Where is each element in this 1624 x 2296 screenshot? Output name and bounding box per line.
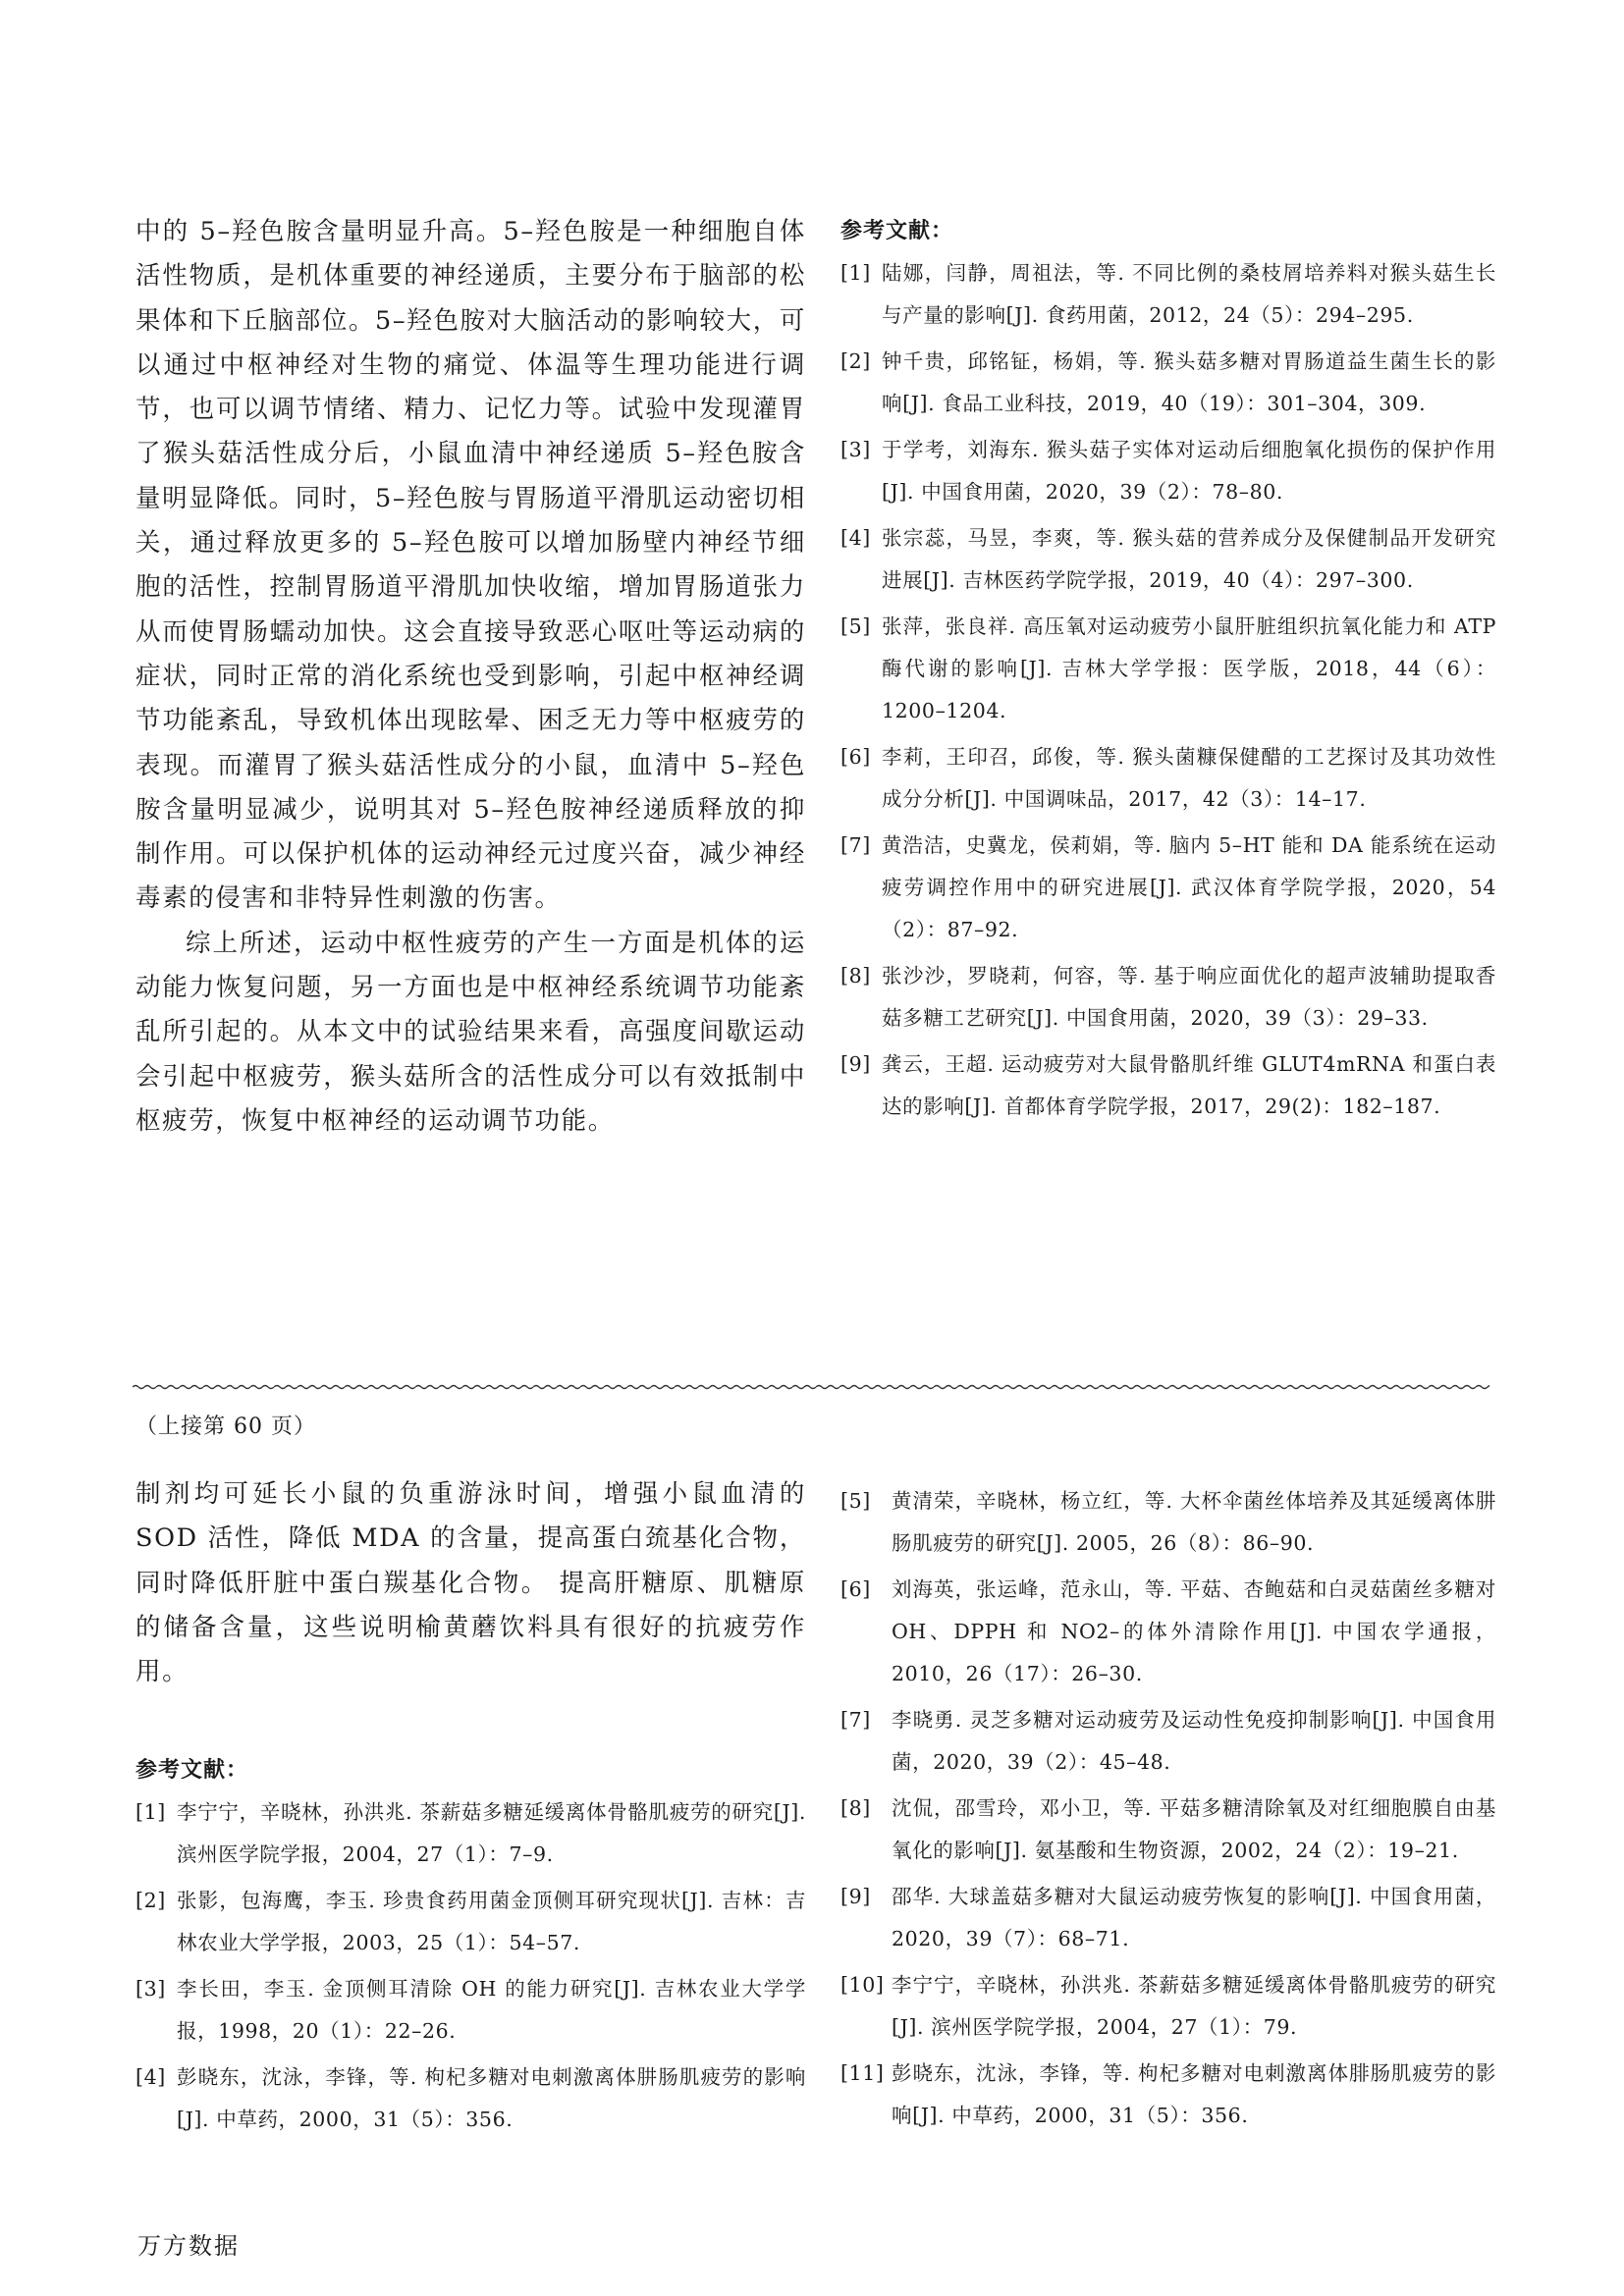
reference-number: [9] xyxy=(840,1043,871,1086)
body-paragraph: 制剂均可延长小鼠的负重游泳时间，增强小鼠血清的 SOD 活性，降低 MDA 的含… xyxy=(135,1472,806,1694)
wavy-section-divider xyxy=(133,1378,1489,1392)
bottom-right-references: [5]黄清荣，辛晓林，杨立红，等. 大杯伞菌丝体培养及其延缓离体肼肠肌疲劳的研究… xyxy=(840,1480,1496,2141)
wanfang-watermark: 万方数据 xyxy=(137,2226,240,2261)
reference-item: [3]李长田，李玉. 金顶侧耳清除 OH 的能力研究[J]. 吉林农业大学学报，… xyxy=(135,1968,806,2053)
reference-number: [7] xyxy=(840,1699,871,1741)
reference-text: 彭晓东，沈泳，李锋，等. 枸杞多糖对电刺激离体肼肠肌疲劳的影响[J]. 中草药，… xyxy=(177,2065,806,2131)
reference-text: 于学考，刘海东. 猴头菇子实体对运动后细胞氧化损伤的保护作用[J]. 中国食用菌… xyxy=(882,438,1496,504)
reference-text: 黄浩洁，史冀龙，侯莉娟，等. 脑内 5–HT 能和 DA 能系统在运动疲劳调控作… xyxy=(882,833,1496,941)
reference-text: 彭晓东，沈泳，李锋，等. 枸杞多糖对电刺激离体腓肠肌疲劳的影响[J]. 中草药，… xyxy=(892,2061,1496,2127)
references-heading: 参考文献： xyxy=(135,1753,806,1784)
reference-text: 刘海英，张运峰，范永山，等. 平菇、杏鲍菇和白灵菇菌丝多糖对 OH、DPPH 和… xyxy=(892,1577,1496,1685)
reference-number: [11] xyxy=(840,2053,884,2095)
reference-text: 黄清荣，辛晓林，杨立红，等. 大杯伞菌丝体培养及其延缓离体肼肠肌疲劳的研究[J]… xyxy=(892,1489,1496,1555)
references-heading: 参考文献： xyxy=(840,214,1496,244)
reference-number: [6] xyxy=(840,1569,871,1611)
reference-number: [1] xyxy=(840,252,871,294)
bottom-left-column: 制剂均可延长小鼠的负重游泳时间，增强小鼠血清的 SOD 活性，降低 MDA 的含… xyxy=(135,1472,806,2145)
reference-item: [3]于学考，刘海东. 猴头菇子实体对运动后细胞氧化损伤的保护作用[J]. 中国… xyxy=(840,429,1496,513)
reference-item: [5]黄清荣，辛晓林，杨立红，等. 大杯伞菌丝体培养及其延缓离体肼肠肌疲劳的研究… xyxy=(840,1480,1496,1565)
body-paragraph: 中的 5–羟色胺含量明显升高。5–羟色胺是一种细胞自体活性物质，是机体重要的神经… xyxy=(135,210,806,922)
reference-number: [4] xyxy=(840,517,871,560)
reference-number: [6] xyxy=(840,736,871,778)
reference-number: [10] xyxy=(840,1964,884,2006)
reference-item: [4]张宗蕊，马昱，李爽，等. 猴头菇的营养成分及保健制品开发研究进展[J]. … xyxy=(840,517,1496,602)
conclusion-paragraph: 综上所述，运动中枢性疲劳的产生一方面是机体的运动能力恢复问题，另一方面也是中枢神… xyxy=(135,922,806,1144)
reference-number: [3] xyxy=(135,1968,166,2010)
reference-item: [2]钟千贵，邱铭钲，杨娟，等. 猴头菇多糖对胃肠道益生菌生长的影响[J]. 食… xyxy=(840,341,1496,425)
reference-item: [1]陆娜，闫静，周祖法，等. 不同比例的桑枝屑培养料对猴头菇生长与产量的影响[… xyxy=(840,252,1496,337)
reference-item: [4]彭晓东，沈泳，李锋，等. 枸杞多糖对电刺激离体肼肠肌疲劳的影响[J]. 中… xyxy=(135,2056,806,2141)
reference-text: 钟千贵，邱铭钲，杨娟，等. 猴头菇多糖对胃肠道益生菌生长的影响[J]. 食品工业… xyxy=(882,349,1496,415)
reference-text: 李宁宁，辛晓林，孙洪兆. 茶薪菇多糖延缓离体骨骼肌疲劳的研究[J]. 滨州医学院… xyxy=(177,1800,806,1866)
reference-item: [8]沈侃，邵雪玲，邓小卫，等. 平菇多糖清除氧及对红细胞膜自由基氧化的影响[J… xyxy=(840,1788,1496,1872)
reference-text: 龚云，王超. 运动疲劳对大鼠骨骼肌纤维 GLUT4mRNA 和蛋白表达的影响[J… xyxy=(882,1052,1496,1118)
reference-item: [9]龚云，王超. 运动疲劳对大鼠骨骼肌纤维 GLUT4mRNA 和蛋白表达的影… xyxy=(840,1043,1496,1128)
continued-from-note: （上接第 60 页） xyxy=(135,1410,316,1440)
reference-number: [5] xyxy=(840,1480,871,1522)
top-right-references: 参考文献： [1]陆娜，闫静，周祖法，等. 不同比例的桑枝屑培养料对猴头菇生长与… xyxy=(840,214,1496,1132)
reference-item: [7]黄浩洁，史冀龙，侯莉娟，等. 脑内 5–HT 能和 DA 能系统在运动疲劳… xyxy=(840,825,1496,951)
reference-item: [6]刘海英，张运峰，范永山，等. 平菇、杏鲍菇和白灵菇菌丝多糖对 OH、DPP… xyxy=(840,1569,1496,1695)
reference-number: [9] xyxy=(840,1876,871,1918)
reference-number: [5] xyxy=(840,606,871,648)
reference-text: 陆娜，闫静，周祖法，等. 不同比例的桑枝屑培养料对猴头菇生长与产量的影响[J].… xyxy=(882,261,1496,327)
reference-text: 李莉，王印召，邱俊，等. 猴头菌糠保健醋的工艺探讨及其功效性成分分析[J]. 中… xyxy=(882,745,1496,811)
reference-item: [11]彭晓东，沈泳，李锋，等. 枸杞多糖对电刺激离体腓肠肌疲劳的影响[J]. … xyxy=(840,2053,1496,2137)
reference-item: [6]李莉，王印召，邱俊，等. 猴头菌糠保健醋的工艺探讨及其功效性成分分析[J]… xyxy=(840,736,1496,821)
reference-number: [8] xyxy=(840,955,871,997)
reference-item: [5]张萍，张良祥. 高压氧对运动疲劳小鼠肝脏组织抗氧化能力和 ATP 酶代谢的… xyxy=(840,606,1496,732)
reference-number: [3] xyxy=(840,429,871,471)
reference-item: [1]李宁宁，辛晓林，孙洪兆. 茶薪菇多糖延缓离体骨骼肌疲劳的研究[J]. 滨州… xyxy=(135,1791,806,1876)
reference-item: [10]李宁宁，辛晓林，孙洪兆. 茶薪菇多糖延缓离体骨骼肌疲劳的研究[J]. 滨… xyxy=(840,1964,1496,2049)
reference-text: 张宗蕊，马昱，李爽，等. 猴头菇的营养成分及保健制品开发研究进展[J]. 吉林医… xyxy=(882,526,1496,592)
reference-number: [7] xyxy=(840,825,871,867)
reference-item: [7]李晓勇. 灵芝多糖对运动疲劳及运动性免疫抑制影响[J]. 中国食用菌，20… xyxy=(840,1699,1496,1784)
reference-text: 张萍，张良祥. 高压氧对运动疲劳小鼠肝脏组织抗氧化能力和 ATP 酶代谢的影响[… xyxy=(882,614,1496,722)
reference-list: [5]黄清荣，辛晓林，杨立红，等. 大杯伞菌丝体培养及其延缓离体肼肠肌疲劳的研究… xyxy=(840,1480,1496,2137)
reference-text: 邵华. 大球盖菇多糖对大鼠运动疲劳恢复的影响[J]. 中国食用菌，2020，39… xyxy=(892,1885,1496,1950)
reference-text: 李长田，李玉. 金顶侧耳清除 OH 的能力研究[J]. 吉林农业大学学报，199… xyxy=(177,1977,806,2043)
reference-item: [2]张影，包海鹰，李玉. 珍贵食药用菌金顶侧耳研究现状[J]. 吉林：吉林农业… xyxy=(135,1880,806,1964)
reference-number: [4] xyxy=(135,2056,166,2099)
reference-text: 李晓勇. 灵芝多糖对运动疲劳及运动性免疫抑制影响[J]. 中国食用菌，2020，… xyxy=(892,1708,1496,1774)
reference-text: 李宁宁，辛晓林，孙洪兆. 茶薪菇多糖延缓离体骨骼肌疲劳的研究[J]. 滨州医学院… xyxy=(892,1973,1496,2039)
reference-item: [9]邵华. 大球盖菇多糖对大鼠运动疲劳恢复的影响[J]. 中国食用菌，2020… xyxy=(840,1876,1496,1960)
reference-number: [2] xyxy=(135,1880,166,1922)
reference-list: [1]李宁宁，辛晓林，孙洪兆. 茶薪菇多糖延缓离体骨骼肌疲劳的研究[J]. 滨州… xyxy=(135,1791,806,2141)
reference-text: 沈侃，邵雪玲，邓小卫，等. 平菇多糖清除氧及对红细胞膜自由基氧化的影响[J]. … xyxy=(892,1796,1496,1862)
reference-text: 张沙沙，罗晓莉，何容，等. 基于响应面优化的超声波辅助提取香菇多糖工艺研究[J]… xyxy=(882,964,1496,1030)
reference-number: [1] xyxy=(135,1791,166,1834)
bottom-body: 制剂均可延长小鼠的负重游泳时间，增强小鼠血清的 SOD 活性，降低 MDA 的含… xyxy=(135,1472,806,1694)
reference-number: [8] xyxy=(840,1788,871,1830)
reference-item: [8]张沙沙，罗晓莉，何容，等. 基于响应面优化的超声波辅助提取香菇多糖工艺研究… xyxy=(840,955,1496,1040)
reference-text: 张影，包海鹰，李玉. 珍贵食药用菌金顶侧耳研究现状[J]. 吉林：吉林农业大学学… xyxy=(177,1889,806,1954)
reference-number: [2] xyxy=(840,341,871,383)
top-left-body: 中的 5–羟色胺含量明显升高。5–羟色胺是一种细胞自体活性物质，是机体重要的神经… xyxy=(135,210,806,1144)
reference-list: [1]陆娜，闫静，周祖法，等. 不同比例的桑枝屑培养料对猴头菇生长与产量的影响[… xyxy=(840,252,1496,1128)
